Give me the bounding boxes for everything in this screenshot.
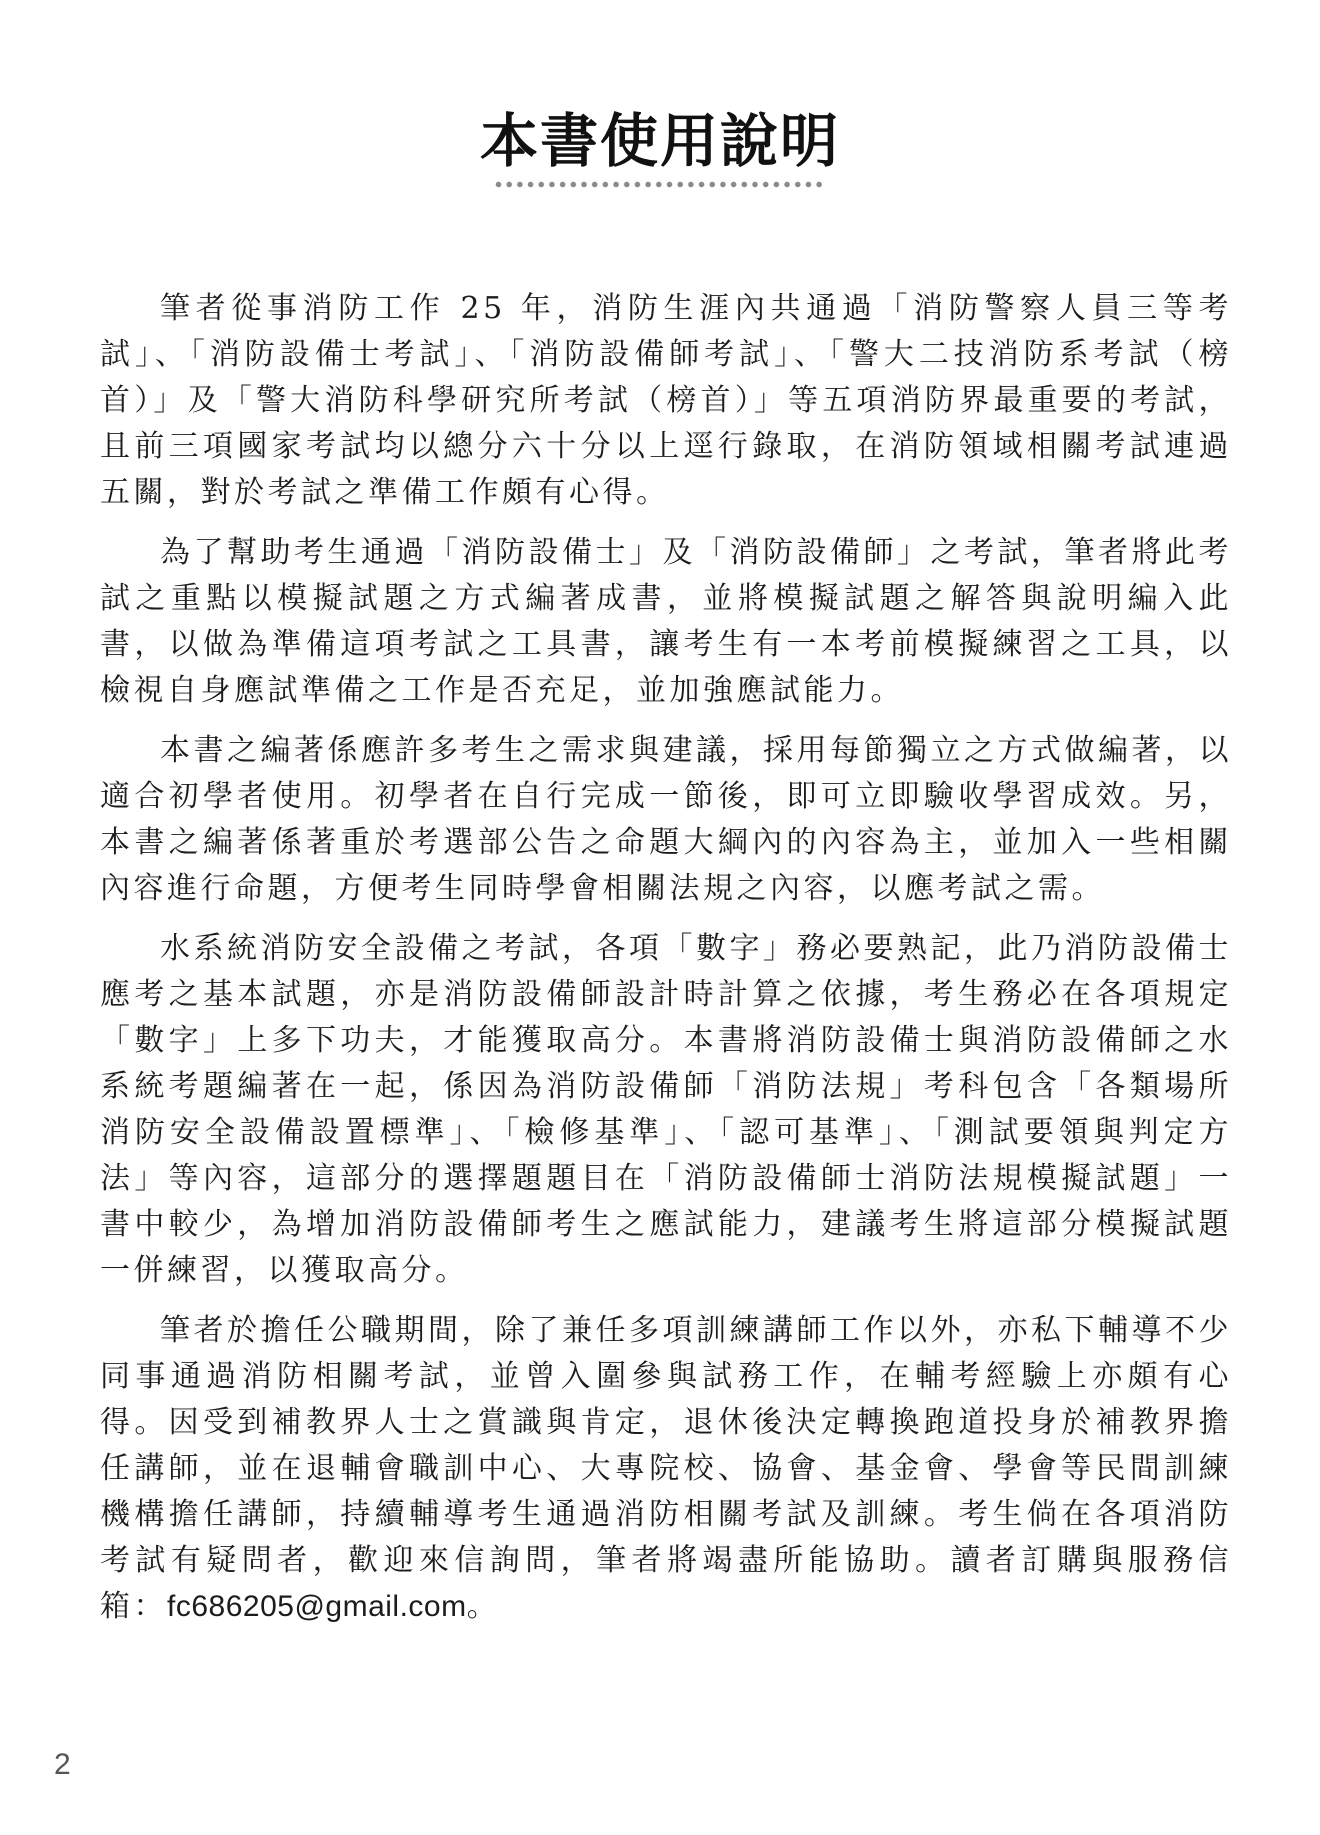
book-page: 本書使用說明 筆者從事消防工作 25 年，消防生涯內共通過「消防警察人員三等考試…: [0, 0, 1320, 1835]
page-title: 本書使用說明: [480, 110, 840, 172]
contact-email: fc686205@gmail.com: [167, 1590, 467, 1623]
paragraph-water-system-exam: 水系統消防安全設備之考試，各項「數字」務必要熟記，此乃消防設備士應考之基本試題，…: [100, 926, 1232, 1294]
paragraph-book-purpose: 為了幫助考生通過「消防設備士」及「消防設備師」之考試，筆者將此考試之重點以模擬試…: [100, 530, 1232, 714]
page-number: 2: [54, 1748, 71, 1782]
paragraph-author-exams: 筆者從事消防工作 25 年，消防生涯內共通過「消防警察人員三等考試」、「消防設備…: [100, 286, 1232, 516]
paragraph-closing: 筆者於擔任公職期間，除了兼任多項訓練講師工作以外，亦私下輔導不少同事通過消防相關…: [100, 1308, 1232, 1630]
closing-period: 。: [467, 1589, 501, 1624]
body-text: 筆者從事消防工作 25 年，消防生涯內共通過「消防警察人員三等考試」、「消防設備…: [100, 286, 1232, 1644]
paragraph-book-structure: 本書之編著係應許多考生之需求與建議，採用每節獨立之方式做編著，以適合初學者使用。…: [100, 728, 1232, 912]
closing-text: 筆者於擔任公職期間，除了兼任多項訓練講師工作以外，亦私下輔導不少同事通過消防相關…: [100, 1313, 1232, 1624]
title-dotted-underline: [494, 180, 826, 189]
page-header: 本書使用說明: [0, 110, 1320, 189]
